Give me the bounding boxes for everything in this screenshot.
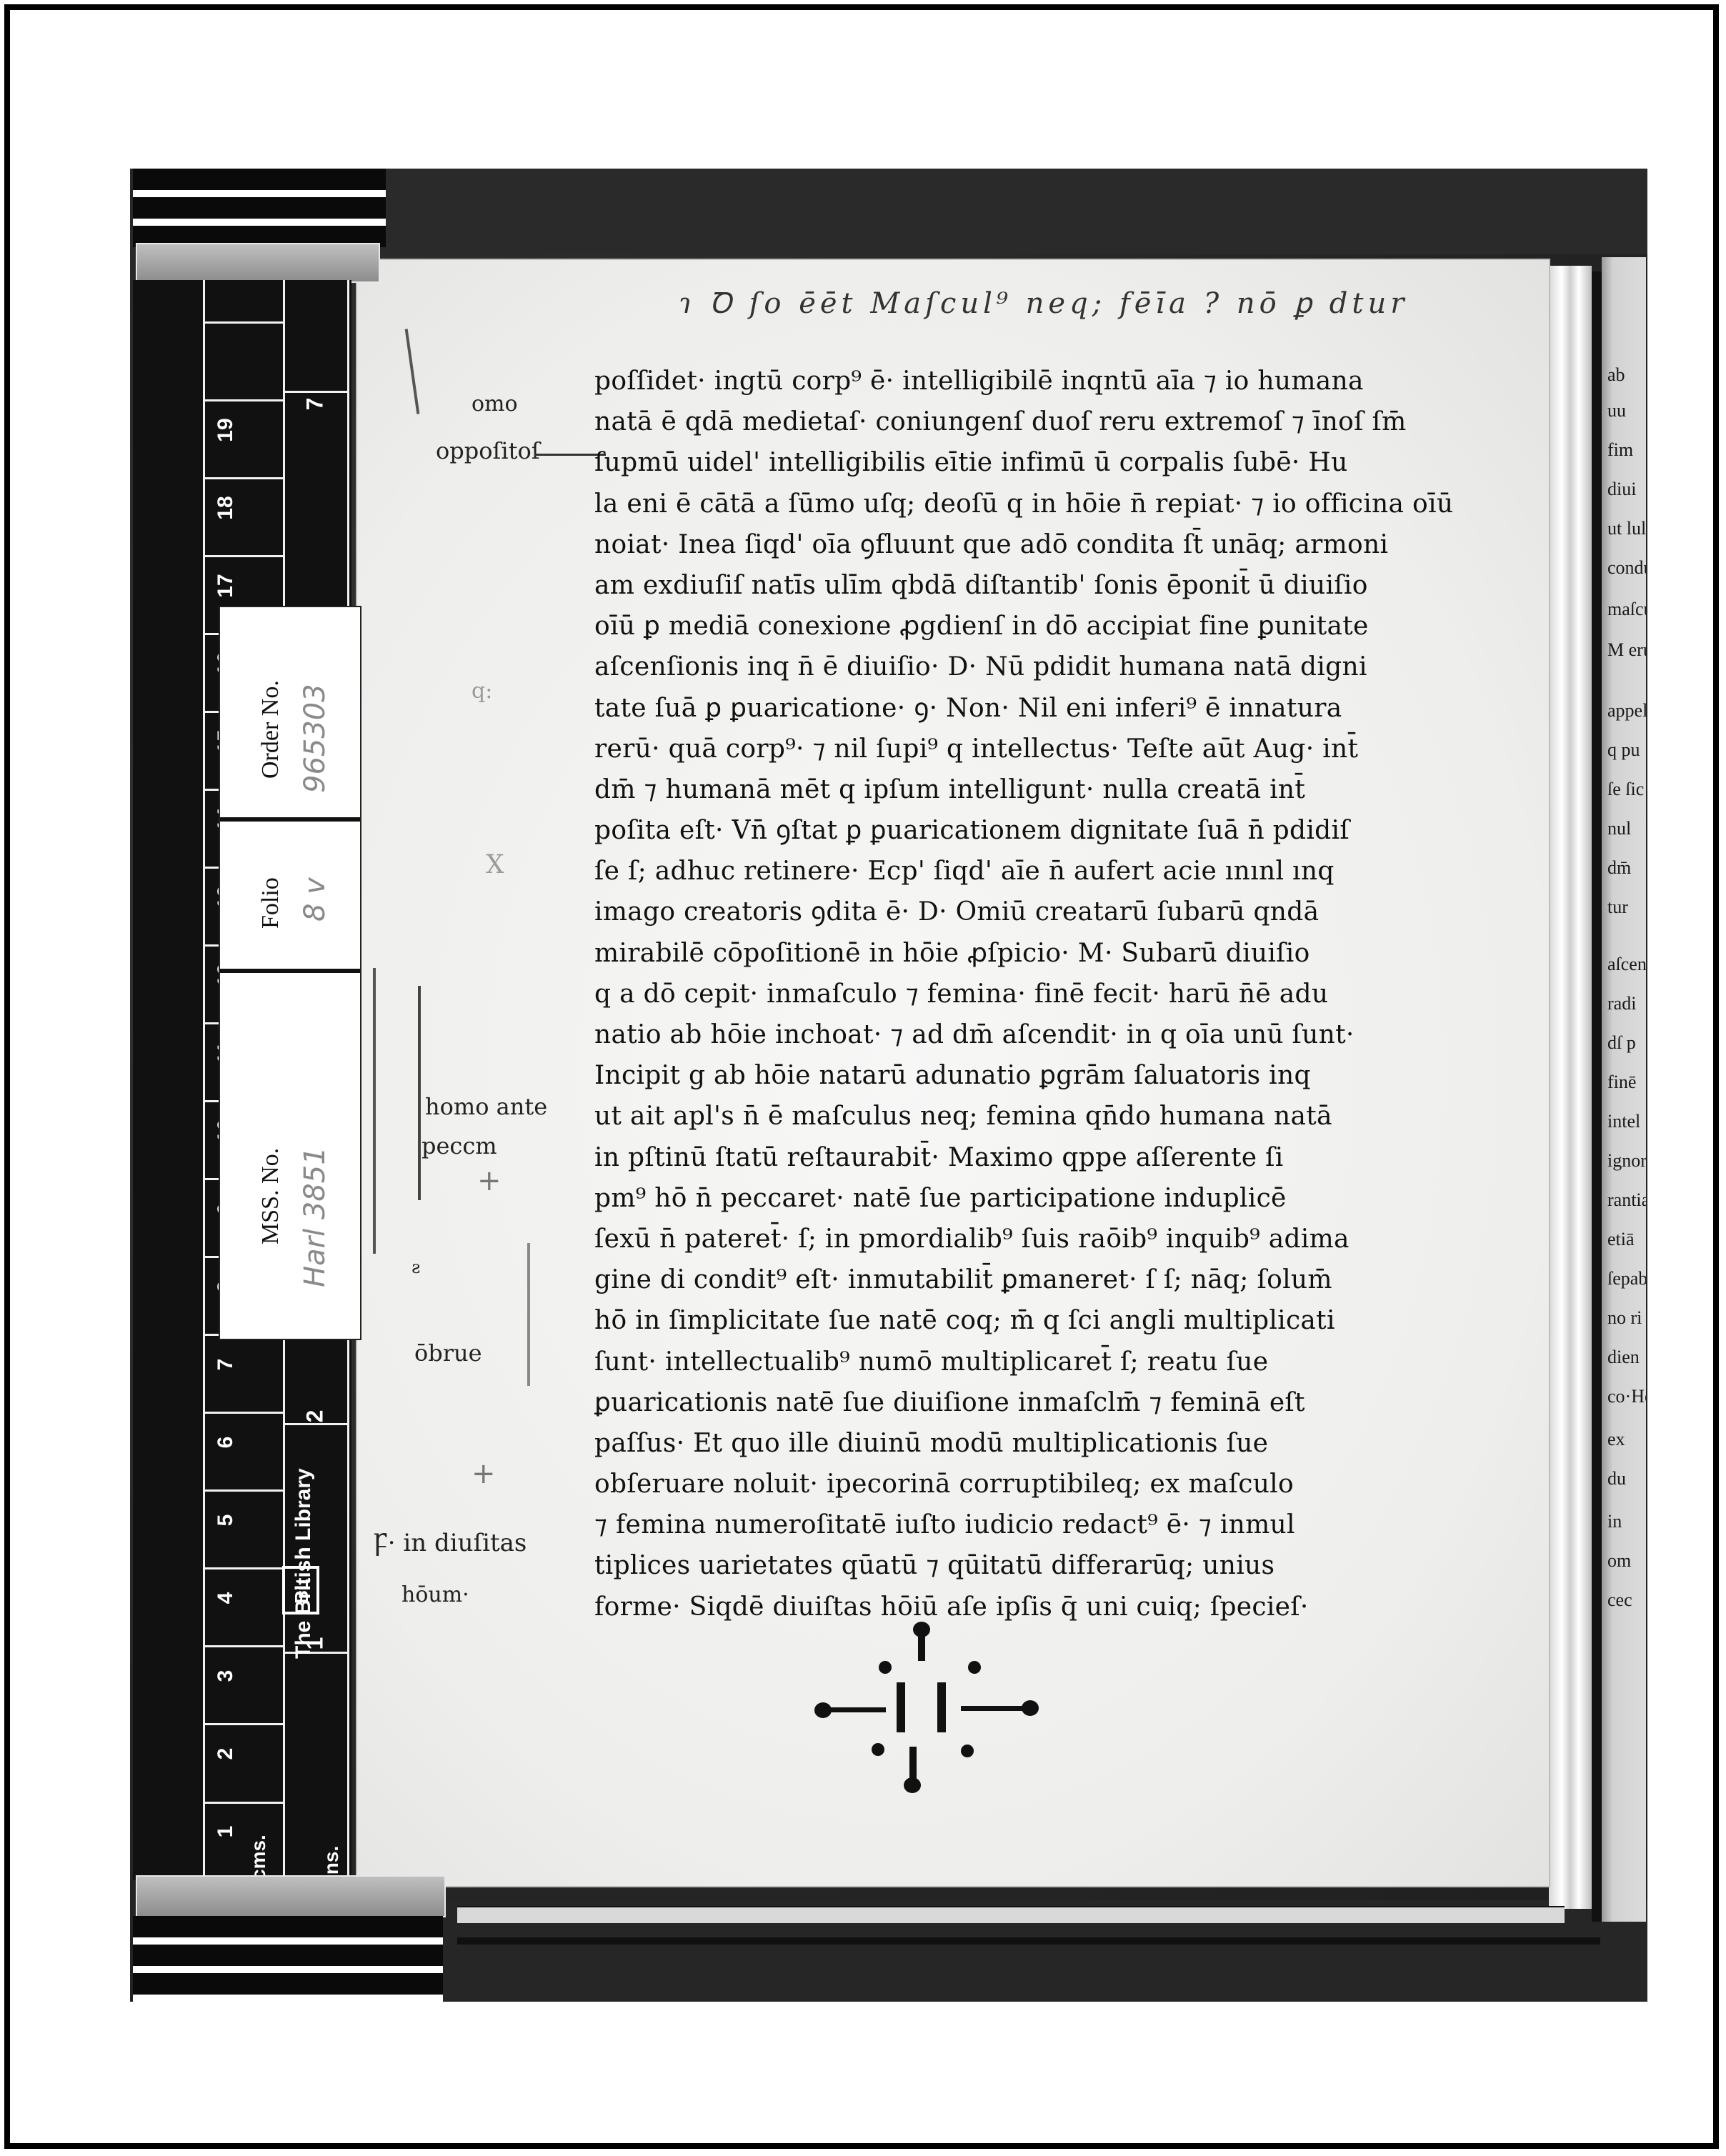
next-page-fragment: no ri xyxy=(1607,1307,1642,1329)
next-page-fragment: ſe ſic xyxy=(1607,779,1644,800)
text-line: in pſtinū ſtatū reſtaurabit̄· Maximo qpp… xyxy=(594,1137,1484,1178)
next-page-fragment: fim xyxy=(1607,439,1633,461)
cm-tick xyxy=(203,1489,283,1492)
gutter-shadow xyxy=(1592,271,1602,1922)
text-line: poſſidet· ingtū corp⁹ ē· intelligibilē i… xyxy=(594,361,1484,401)
inch-label: 2 xyxy=(302,1395,329,1438)
cm-tick xyxy=(203,477,283,479)
next-page-fragment: ſepab xyxy=(1607,1268,1646,1289)
order-label: Order No. xyxy=(257,680,284,779)
text-line: tiplices uarietates qūatū ⁊ qūitatū diff… xyxy=(594,1545,1484,1586)
margin-mark: X xyxy=(486,850,504,879)
next-page-fragment: etiā xyxy=(1607,1229,1635,1250)
next-page-fragment: du xyxy=(1607,1468,1626,1489)
margin-mark: ƨ xyxy=(411,1257,420,1277)
text-line: pm⁹ hō n̄ peccaret· natē ſue participati… xyxy=(594,1178,1484,1219)
text-line: obſeruare noluit· ipecorinā corruptibile… xyxy=(594,1464,1484,1504)
text-line: tate ſuā ꝑ ꝑuaricatione· ꝯ· Non· Nil eni… xyxy=(594,688,1484,729)
manuscript-text-block: poſſidet· ingtū corp⁹ ē· intelligibilē i… xyxy=(594,361,1484,1627)
next-page-fragment: tur xyxy=(1607,897,1628,918)
next-page-fragment: dm̄ xyxy=(1607,857,1631,879)
next-page-fragment: diui xyxy=(1607,479,1636,500)
cm-label: 4 xyxy=(214,1577,238,1620)
cm-label: 19 xyxy=(214,409,238,451)
binding-line xyxy=(457,1937,1600,1945)
ornament-dot xyxy=(913,1622,930,1637)
cm-label: 1 xyxy=(214,1810,238,1853)
text-line: ſexū n̄ pateret̄· ſ; in pmordialib⁹ ſuis… xyxy=(594,1219,1484,1259)
cm-tick xyxy=(203,1802,283,1804)
next-page-fragment: M eru xyxy=(1607,639,1646,661)
ornament-stroke xyxy=(937,1682,946,1732)
cm-tick xyxy=(203,1723,283,1725)
ornament-stroke xyxy=(897,1682,905,1732)
next-page-fragment: nul xyxy=(1607,818,1631,839)
catalog-label-card: Order No. 965303 Folio 8 v MSS. No. Harl… xyxy=(219,606,361,1340)
next-page-fragment: dſ p xyxy=(1607,1032,1636,1054)
next-page-fragment: om xyxy=(1607,1550,1631,1572)
cm-tick xyxy=(203,555,283,557)
text-line: ſupmū uidel' intelligibilis eītie infimū… xyxy=(594,442,1484,483)
mss-number-cell: MSS. No. Harl 3851 xyxy=(220,973,360,1339)
ornament-dot xyxy=(872,1743,884,1756)
margin-note-homo-ante: homo ante xyxy=(425,1093,547,1120)
text-line: rerū· quā corp⁹· ⁊ nil ſupi⁹ q intellect… xyxy=(594,729,1484,769)
cm-label: 2 xyxy=(214,1732,238,1775)
ornament-dot xyxy=(968,1661,981,1674)
binding-strip xyxy=(457,1906,1565,1923)
cross-mark: + xyxy=(472,1457,496,1490)
next-page-fragment: q pu xyxy=(1607,739,1640,761)
text-line: ſe ſ; adhuc retinere· Ecp' ſiqd' aīe n̄ … xyxy=(594,851,1484,892)
text-line: natio ab hōie inchoat· ⁊ ad dm̄ aſcendit… xyxy=(594,1014,1484,1055)
text-line: hō in ſimplicitate ſue natē coq; m̄ q ſc… xyxy=(594,1300,1484,1341)
next-page-fragment: ignor xyxy=(1607,1150,1646,1172)
text-line: natā ē qdā medietaſ· coniungenſ duoſ rer… xyxy=(594,401,1484,442)
logo-text: BL xyxy=(291,1579,313,1604)
running-header-note: ɿ Ꝺ ſo ēēt Maſcul⁹ neq; fēīa ? nō ꝑ dtur xyxy=(679,282,1408,321)
order-number-cell: Order No. 965303 xyxy=(220,607,360,822)
next-page-fragment: radi xyxy=(1607,993,1636,1014)
text-line: paſſus· Et quo ille diuinū modū multipli… xyxy=(594,1423,1484,1464)
text-line: noiat· Inea ſiqd' oīa ꝯfluunt que adō co… xyxy=(594,524,1484,565)
text-line: am exdiuſiſ natīs ulīm qbdā diſtantib' ſ… xyxy=(594,565,1484,606)
folio-value: 8 v xyxy=(299,877,331,922)
next-page-fragment: in xyxy=(1607,1511,1622,1532)
bottom-clamp-plate xyxy=(136,1875,446,1917)
inch-label: 7 xyxy=(302,383,329,426)
ruler-divider xyxy=(203,280,205,1880)
cm-label: 3 xyxy=(214,1655,238,1697)
next-page-fragment: finē xyxy=(1607,1072,1636,1093)
margin-bracket xyxy=(418,986,421,1200)
text-line: aſcenſionis inq n̄ ē diuiſio· D· Nū pdid… xyxy=(594,647,1484,687)
next-page-fragment: co·Ho xyxy=(1607,1386,1646,1407)
british-library-logo-icon: BL xyxy=(282,1566,319,1614)
cm-label: 17 xyxy=(214,564,238,607)
text-line: dm̄ ⁊ humanā mēt q ipſum intelligunt· nu… xyxy=(594,769,1484,810)
text-line: Incipit g ab hōie natarū adunatio ꝑgrām … xyxy=(594,1055,1484,1096)
top-clamp-weight xyxy=(133,169,386,247)
cm-tick xyxy=(203,1645,283,1647)
next-page-fragment: rantia xyxy=(1607,1189,1646,1211)
next-page-fragment: maſcul xyxy=(1607,599,1646,620)
cms-label: cms. xyxy=(247,1835,270,1880)
margin-bracket xyxy=(527,1243,530,1386)
ornament-dot xyxy=(1022,1700,1039,1716)
order-value: 965303 xyxy=(299,684,331,793)
cm-label: 5 xyxy=(214,1499,238,1542)
text-line: q a dō cepit· inmaſculo ⁊ femina· finē f… xyxy=(594,974,1484,1014)
margin-note-obrue: ōbrue xyxy=(414,1339,482,1367)
ornament-dot xyxy=(814,1702,832,1718)
text-line: ⁊ femina numeroſitatē iuſto iudicio reda… xyxy=(594,1504,1484,1545)
cm-tick xyxy=(203,1567,283,1569)
cradle-cloth-top xyxy=(386,169,1647,254)
cm-tick xyxy=(203,321,283,324)
next-page-strip: ab uu fim diui ut lul condu maſcul M eru… xyxy=(1602,257,1646,1922)
cm-label: 7 xyxy=(214,1343,238,1386)
text-line: mirabilē cōpoſitionē in hōie ꝓſpicio· M·… xyxy=(594,933,1484,974)
cross-mark: + xyxy=(477,1164,502,1197)
page-edges xyxy=(1549,266,1592,1909)
text-line: poſita eſt· Vn̄ ꝯſtat ꝑ ꝑuaricationem di… xyxy=(594,810,1484,851)
end-ornament xyxy=(807,1607,1050,1793)
next-page-fragment: ex xyxy=(1607,1429,1625,1450)
folio-cell: Folio 8 v xyxy=(220,822,360,973)
cm-label: 6 xyxy=(214,1421,238,1464)
margin-bracket xyxy=(373,968,376,1254)
next-page-fragment: ab xyxy=(1607,364,1625,386)
ornament-dot xyxy=(961,1745,974,1757)
margin-mark: q: xyxy=(472,679,492,704)
text-line: gine di condit⁹ eſt· inmutabilit̄ ꝑmaner… xyxy=(594,1259,1484,1300)
ornament-dot xyxy=(879,1661,892,1674)
text-line: la eni ē cātā a ſūmo uſq; deoſū q in hōi… xyxy=(594,484,1484,524)
cm-tick xyxy=(203,399,283,401)
ornament-dot xyxy=(904,1777,921,1793)
next-page-fragment: ut lul xyxy=(1607,518,1646,539)
text-line: ut ait apl's n̄ ē maſculus neq; femina q… xyxy=(594,1096,1484,1137)
margin-note-peccem: peccm xyxy=(421,1132,497,1159)
next-page-fragment: uu xyxy=(1607,400,1626,421)
margin-note-oppositos: oppoſitoſ xyxy=(436,437,540,464)
text-line: ꝑuaricationis natē ſue diuiſione inmaſcl… xyxy=(594,1382,1484,1423)
brand-text: The British Library xyxy=(291,1468,316,1659)
top-clamp-plate xyxy=(136,243,380,283)
next-page-fragment: dien xyxy=(1607,1347,1640,1368)
cm-label: 18 xyxy=(214,486,238,529)
next-page-fragment: appell xyxy=(1607,700,1646,722)
cm-tick xyxy=(203,1412,283,1414)
mss-value: Harl 3851 xyxy=(299,1147,331,1287)
text-line: imago creatoris ꝯdita ē· D· Omiū creatar… xyxy=(594,892,1484,932)
next-page-fragment: cec xyxy=(1607,1589,1632,1611)
bottom-clamp-weight xyxy=(133,1916,443,2002)
margin-note-omo: omo xyxy=(472,391,518,416)
folio-label: Folio xyxy=(257,877,284,929)
next-page-fragment: aſcen xyxy=(1607,954,1646,975)
margin-note-hominum: hōum· xyxy=(401,1582,469,1607)
next-page-fragment: intel xyxy=(1607,1111,1640,1132)
margin-note-in-diuisitas: Ꝼ· in diuſitas xyxy=(373,1529,527,1557)
text-line: ſunt· intellectualib⁹ numō multiplicaret… xyxy=(594,1342,1484,1382)
next-page-fragment: condu xyxy=(1607,557,1646,579)
text-line: oīū ꝑ mediā conexione ꝓgdienſ in dō acci… xyxy=(594,606,1484,647)
mss-label: MSS. No. xyxy=(257,1148,284,1244)
